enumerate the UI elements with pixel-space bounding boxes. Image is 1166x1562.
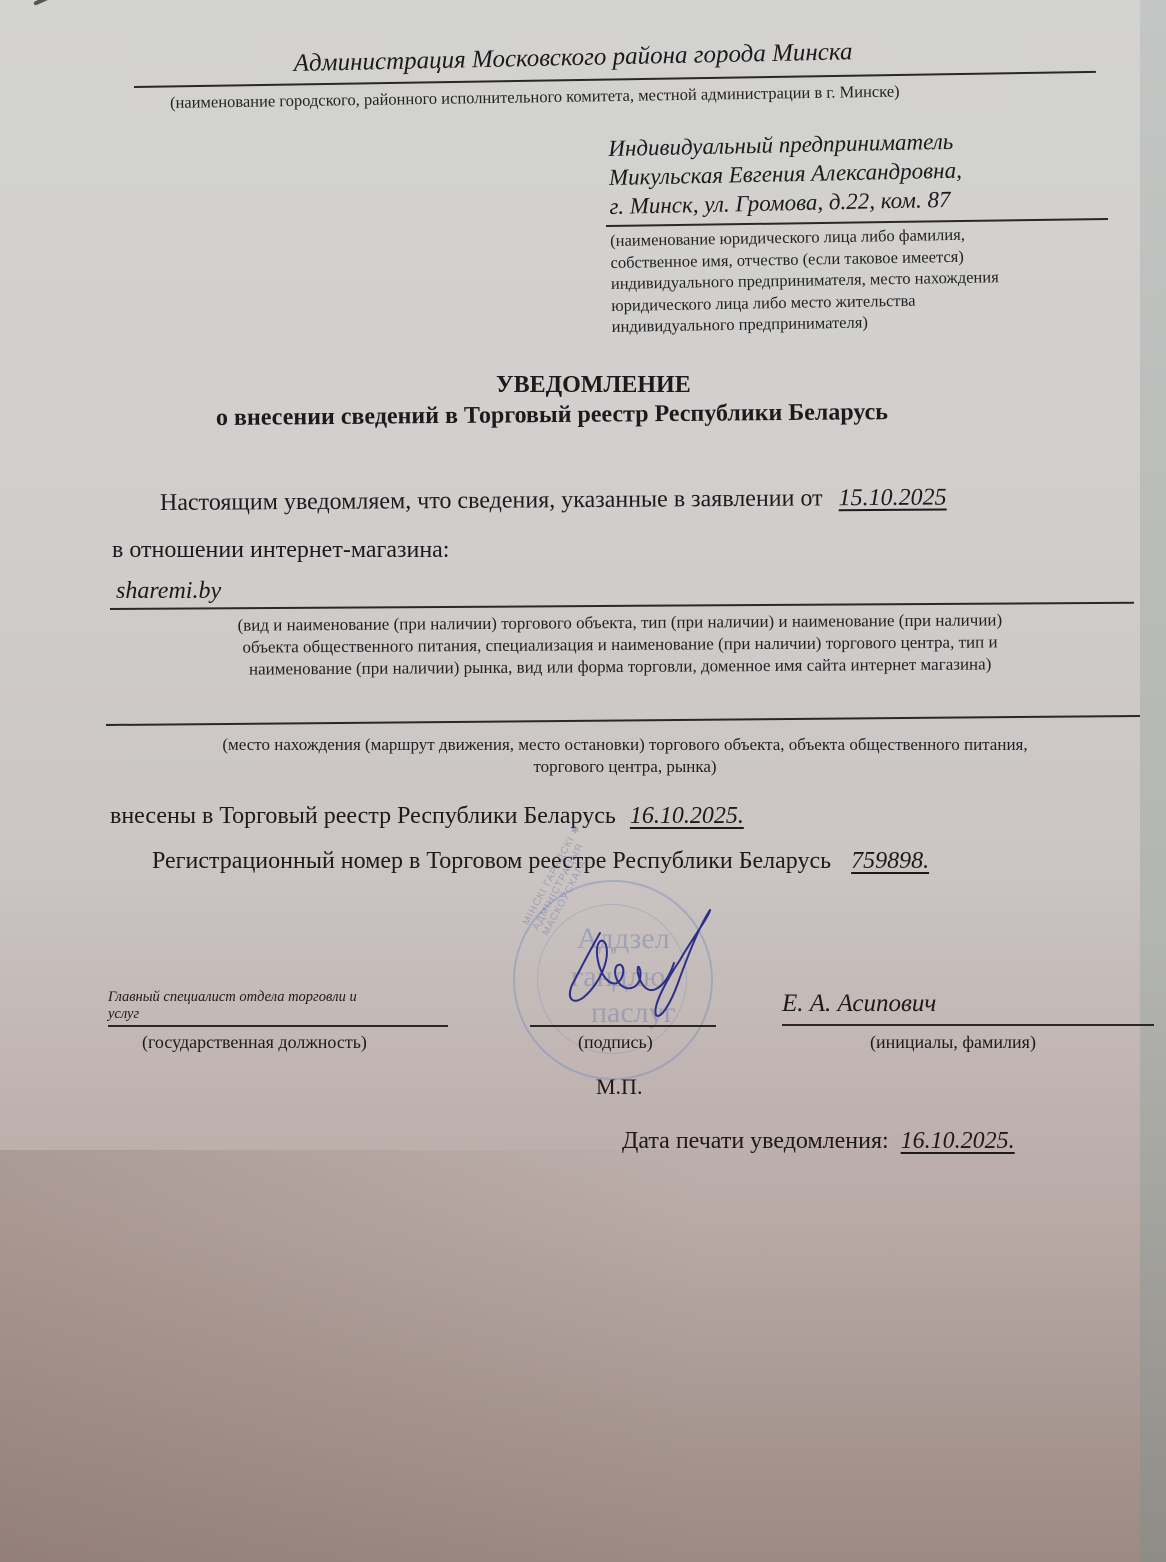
reg-number-value: 759898.	[851, 848, 929, 874]
name-caption: (инициалы, фамилия)	[870, 1032, 1036, 1053]
position-line-2: услуг	[108, 1006, 357, 1023]
signature-icon	[560, 905, 730, 1025]
intro-text: Настоящим уведомляем, что сведения, указ…	[160, 485, 947, 517]
reg-number-label: Регистрационный номер в Торговом реестре…	[152, 848, 831, 874]
document-title: УВЕДОМЛЕНИЕ	[496, 372, 691, 399]
print-date-text: Дата печати уведомления: 16.10.2025.	[622, 1128, 1015, 1155]
signatory-name: Е. А. Асипович	[782, 990, 936, 1018]
position-line-1: Главный специалист отдела торговли и	[108, 989, 357, 1006]
shadow-overlay	[0, 1150, 700, 1562]
entered-date: 16.10.2025.	[630, 803, 744, 829]
entered-text: внесены в Торговый реестр Республики Бел…	[110, 803, 744, 830]
object-caption: (вид и наименование (при наличии) торгов…	[120, 609, 1120, 682]
signature-caption: (подпись)	[578, 1032, 653, 1053]
application-date: 15.10.2025	[839, 485, 947, 512]
reg-number-text: Регистрационный номер в Торговом реестре…	[152, 848, 929, 875]
entered-label: внесены в Торговый реестр Республики Бел…	[110, 803, 616, 829]
location-caption: (место нахождения (маршрут движения, мес…	[110, 734, 1140, 778]
position-underline	[108, 1025, 448, 1027]
addressee-block: Индивидуальный предприниматель Микульска…	[608, 127, 963, 221]
print-date-label: Дата печати уведомления:	[622, 1128, 889, 1154]
intro-label: Настоящим уведомляем, что сведения, указ…	[160, 485, 823, 516]
signature-underline	[530, 1025, 716, 1027]
position-title: Главный специалист отдела торговли и усл…	[108, 989, 357, 1023]
position-caption: (государственная должность)	[142, 1032, 367, 1053]
object-value: sharemi.by	[116, 578, 221, 605]
addressee-caption: (наименование юридического лица либо фам…	[610, 223, 1000, 337]
print-date-value: 16.10.2025.	[901, 1128, 1015, 1154]
location-caption-line: торгового центра, рынка)	[110, 756, 1140, 778]
name-underline	[782, 1024, 1154, 1026]
location-caption-line: (место нахождения (маршрут движения, мес…	[110, 734, 1140, 756]
object-label: в отношении интернет-магазина:	[112, 537, 449, 564]
seal-label: М.П.	[596, 1074, 642, 1100]
page-edge-background	[1140, 0, 1166, 1562]
